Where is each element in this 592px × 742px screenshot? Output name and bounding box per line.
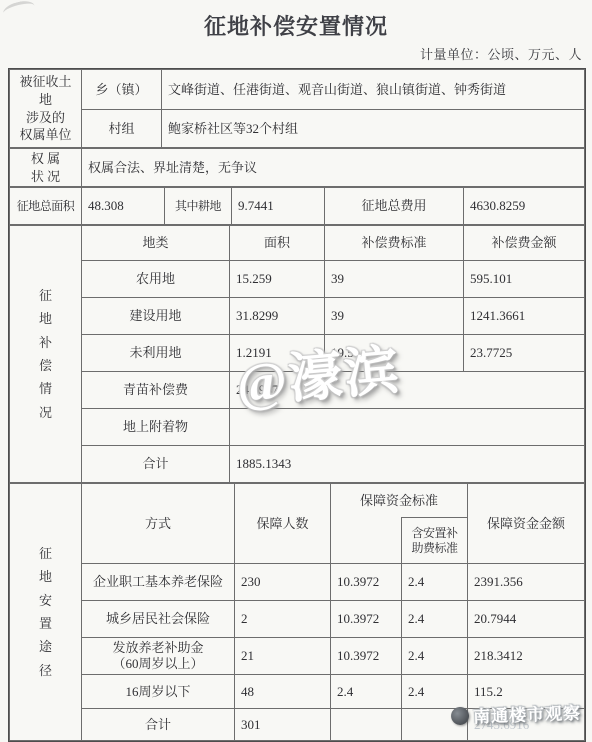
- standard-cell: 10.3972: [331, 638, 402, 675]
- table-row: 建设用地 31.8299 39 1241.3661: [10, 298, 585, 335]
- people-cell: 301: [235, 709, 331, 741]
- resettlement-total-amount-cell: 2745.6916: [468, 709, 585, 741]
- compensation-table: 被征收土地 涉及的 权属单位 乡（镇） 文峰街道、任港街道、观音山街道、狼山镇街…: [8, 68, 586, 742]
- amount-cell: 2391.356: [468, 564, 585, 601]
- amount-cell: 218.3412: [468, 638, 585, 675]
- total-cost-label-cell: 征地总费用: [325, 188, 464, 225]
- total-area-value-cell: 48.308: [82, 188, 165, 225]
- fund-standard-subcell-empty: [331, 518, 402, 564]
- compensation-section: 征 地 补 偿 情 况 地类 面积 补偿费标准 补偿费金额 农用地 15.259…: [9, 225, 585, 483]
- table-row: 16周岁以下 48 2.4 2.4 115.2: [10, 675, 585, 709]
- area-cell: 15.259: [230, 261, 325, 298]
- resettlement-section-label: 征 地 安 置 途 径: [10, 484, 82, 741]
- people-header-cell: 保障人数: [235, 484, 331, 564]
- compensation-section-label: 征 地 补 偿 情 况: [10, 226, 82, 483]
- standard-cell: 10.3972: [331, 564, 402, 601]
- table-row: 发放养老补助金 （60周岁以上） 21 10.3972 2.4 218.3412: [10, 638, 585, 675]
- area-header-cell: 面积: [230, 226, 325, 261]
- subsidy-cell: 2.4: [402, 638, 468, 675]
- subsidy-cell: 2.4: [402, 564, 468, 601]
- amount-cell: 115.2: [468, 675, 585, 709]
- people-cell: 2: [235, 601, 331, 638]
- people-cell: 21: [235, 638, 331, 675]
- tenure-value-cell: 权属合法、界址清楚，无争议: [82, 149, 585, 187]
- method-cell: 发放养老补助金 （60周岁以上）: [82, 638, 235, 675]
- standard-header-cell: 补偿费标准: [325, 226, 464, 261]
- table-row: 合计 301 2745.6916: [10, 709, 585, 741]
- standard-cell: 39: [325, 261, 464, 298]
- tenure-section: 权 属 状 况 权属合法、界址清楚，无争议: [9, 148, 585, 187]
- attachments-value-cell: [230, 409, 585, 446]
- method-header-cell: 方式: [82, 484, 235, 564]
- table-row: 未利用地 1.2191 19.5 23.7725: [10, 335, 585, 372]
- standard-cell: 19.5: [325, 335, 464, 372]
- area-cell: 1.2191: [230, 335, 325, 372]
- people-cell: 48: [235, 675, 331, 709]
- land-type-cell: 建设用地: [82, 298, 230, 335]
- ownership-section: 被征收土地 涉及的 权属单位 乡（镇） 文峰街道、任港街道、观音山街道、狼山镇街…: [9, 69, 585, 148]
- resettlement-total-label-cell: 合计: [82, 709, 235, 741]
- table-row: 城乡居民社会保险 2 10.3972 2.4 20.7944: [10, 601, 585, 638]
- scanned-document: 征地补偿安置情况 计量单位：公顷、万元、人 被征收土地 涉及的 权属单位 乡（镇…: [0, 0, 592, 742]
- totals-section: 征地总面积 48.308 其中耕地 9.7441 征地总费用 4630.8259: [9, 187, 585, 225]
- page-title: 征地补偿安置情况: [0, 10, 592, 41]
- subsidy-cell: 2.4: [402, 601, 468, 638]
- compensation-total-value-cell: 1885.1343: [230, 446, 585, 483]
- table-row: 合计 1885.1343: [10, 446, 585, 483]
- table-row: 农用地 15.259 39 595.101: [10, 261, 585, 298]
- fund-amount-header-cell: 保障资金金额: [468, 484, 585, 564]
- ownership-row-label: 被征收土地 涉及的 权属单位: [10, 70, 82, 148]
- unit-note: 计量单位：公顷、万元、人: [420, 44, 582, 63]
- subsidy-cell: [402, 709, 468, 741]
- township-label-cell: 乡（镇）: [82, 70, 162, 110]
- village-value-cell: 鲍家桥社区等32个村组: [162, 110, 585, 148]
- resettlement-section: 征 地 安 置 途 径 方式 保障人数 保障资金标准 保障资金金额 含安置补 助…: [9, 483, 585, 741]
- table-row: 企业职工基本养老保险 230 10.3972 2.4 2391.356: [10, 564, 585, 601]
- standard-cell: 2.4: [331, 675, 402, 709]
- total-area-label-cell: 征地总面积: [10, 188, 82, 225]
- table-row: 青苗补偿费 24.8947: [10, 372, 585, 409]
- standard-cell: 10.3972: [331, 601, 402, 638]
- compensation-total-label-cell: 合计: [82, 446, 230, 483]
- area-cell: 31.8299: [230, 298, 325, 335]
- tenure-label-cell: 权 属 状 况: [10, 149, 82, 187]
- standard-cell: [331, 709, 402, 741]
- amount-cell: 23.7725: [464, 335, 585, 372]
- village-label-cell: 村组: [82, 110, 162, 148]
- method-cell: 企业职工基本养老保险: [82, 564, 235, 601]
- table-row: 地上附着物: [10, 409, 585, 446]
- standard-cell: 39: [325, 298, 464, 335]
- subsidy-cell: 2.4: [402, 675, 468, 709]
- subsidy-standard-header-cell: 含安置补 助费标准: [402, 518, 468, 564]
- fund-standard-header-cell: 保障资金标准: [331, 484, 468, 518]
- method-cell: 16周岁以下: [82, 675, 235, 709]
- seedling-value-cell: 24.8947: [230, 372, 585, 409]
- farmland-value-cell: 9.7441: [232, 188, 325, 225]
- land-type-header-cell: 地类: [82, 226, 230, 261]
- method-cell: 城乡居民社会保险: [82, 601, 235, 638]
- amount-header-cell: 补偿费金额: [464, 226, 585, 261]
- township-value-cell: 文峰街道、任港街道、观音山街道、狼山镇街道、钟秀街道: [162, 70, 585, 110]
- people-cell: 230: [235, 564, 331, 601]
- amount-cell: 20.7944: [468, 601, 585, 638]
- amount-cell: 595.101: [464, 261, 585, 298]
- attachments-label-cell: 地上附着物: [82, 409, 230, 446]
- total-cost-value-cell: 4630.8259: [464, 188, 585, 225]
- seedling-label-cell: 青苗补偿费: [82, 372, 230, 409]
- land-type-cell: 未利用地: [82, 335, 230, 372]
- land-type-cell: 农用地: [82, 261, 230, 298]
- amount-cell: 1241.3661: [464, 298, 585, 335]
- farmland-label-cell: 其中耕地: [165, 188, 232, 225]
